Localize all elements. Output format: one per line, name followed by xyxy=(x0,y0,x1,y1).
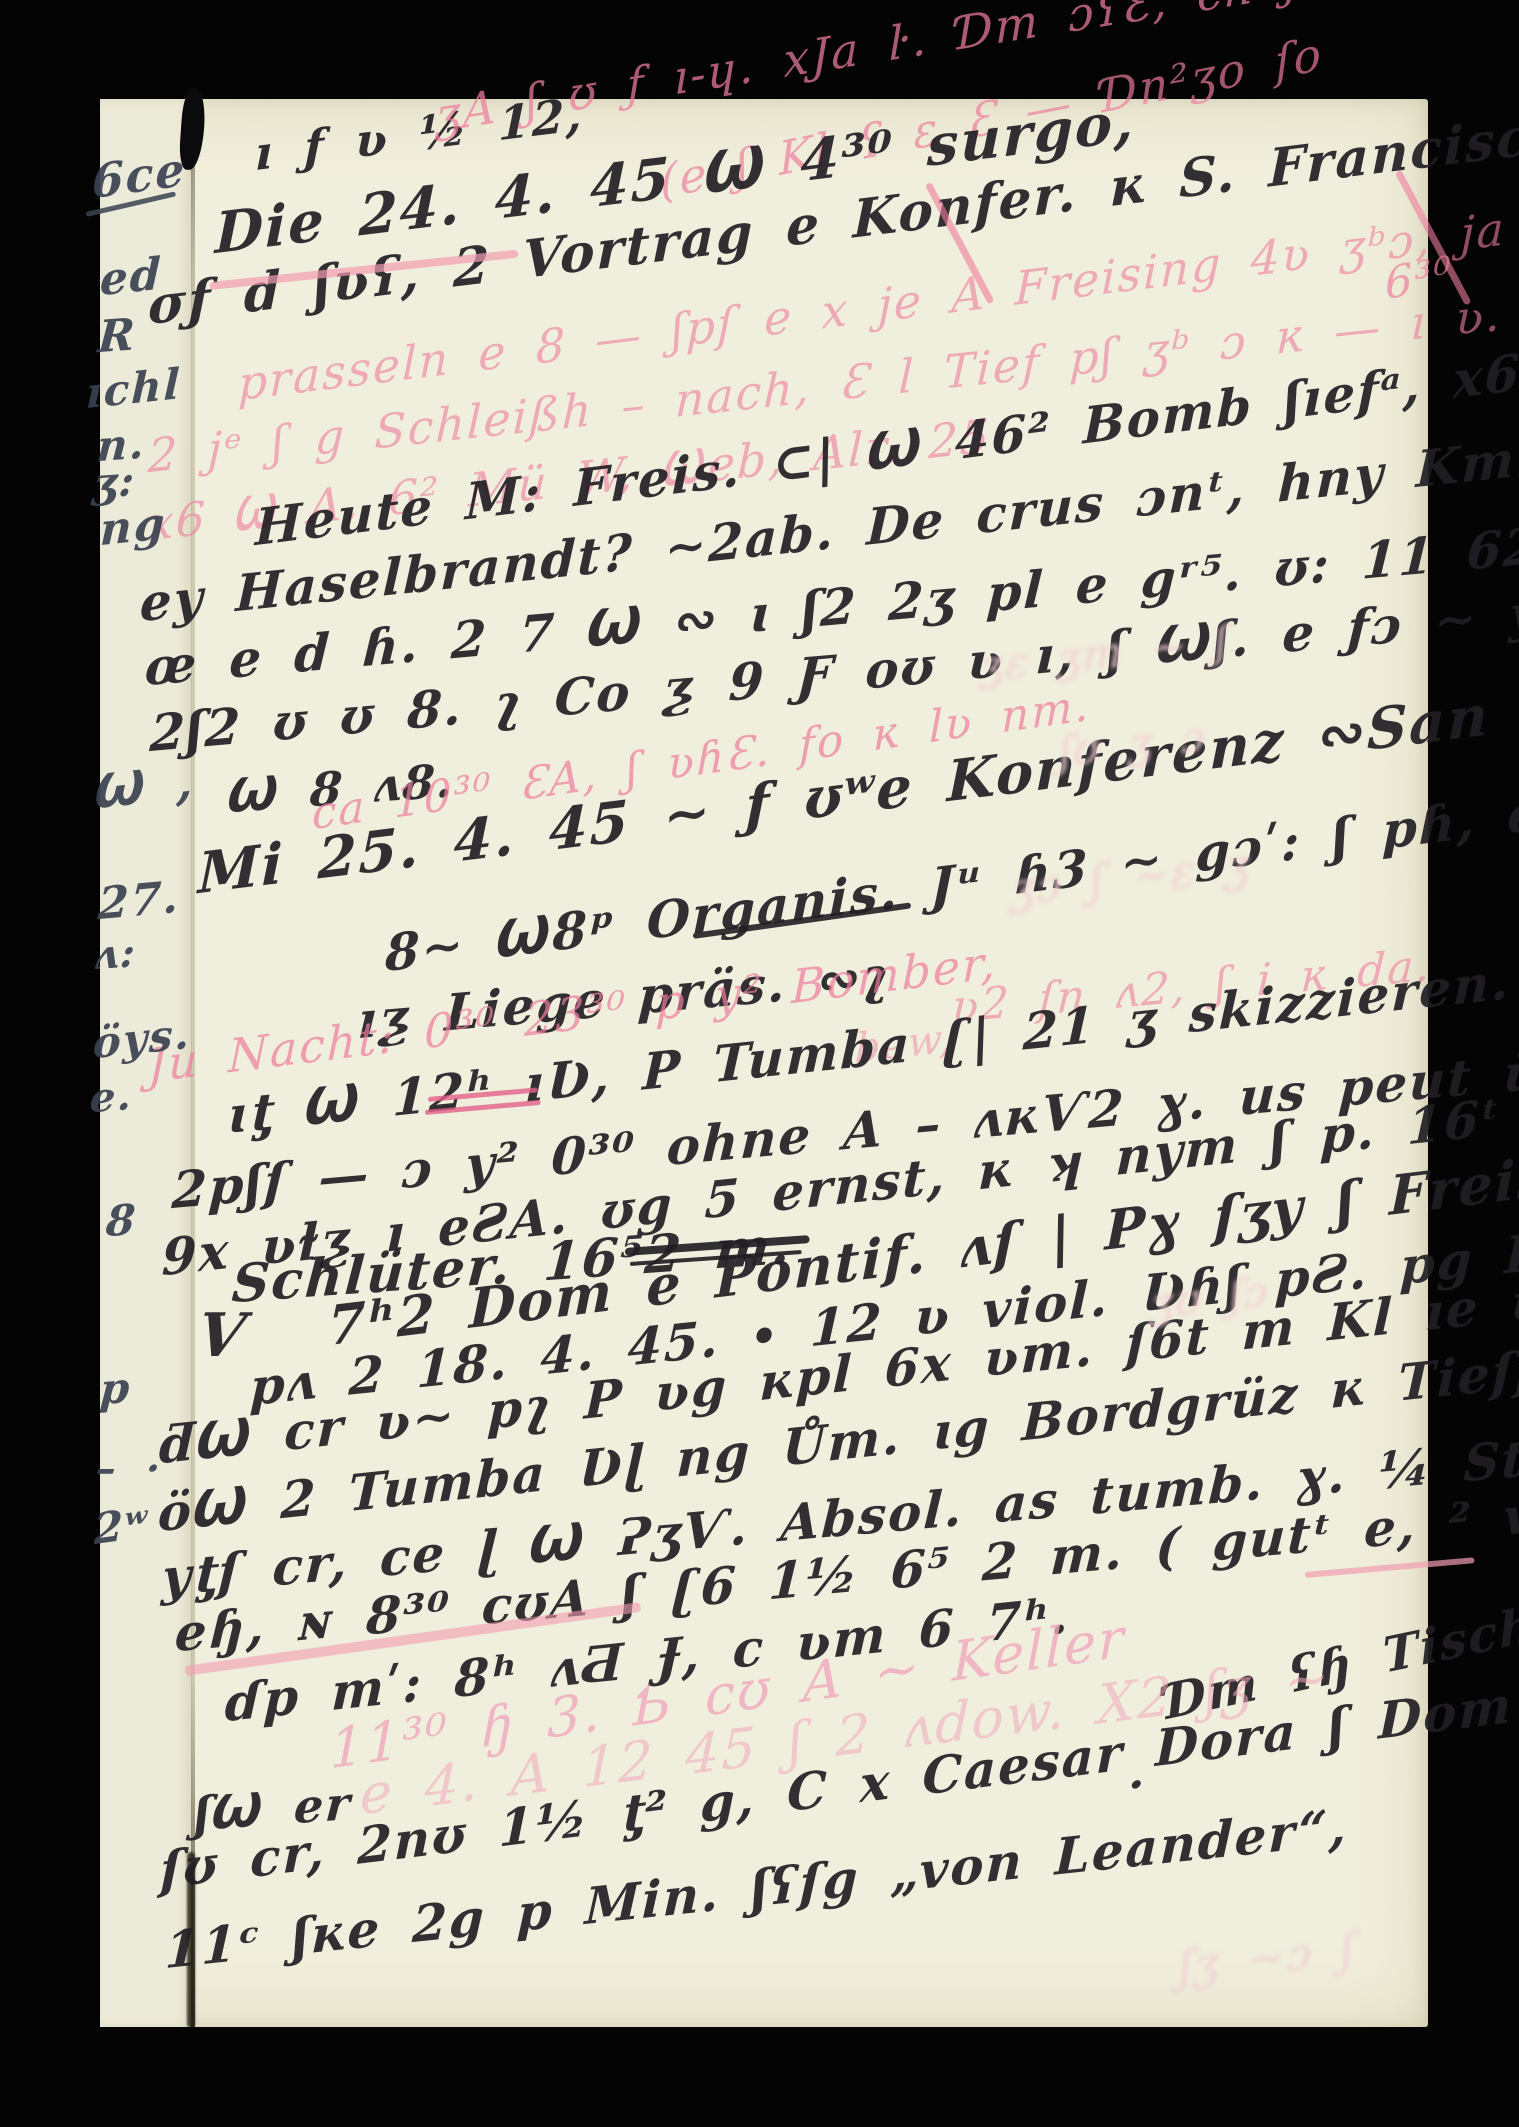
bleedthrough-text: ʃʒ ∼ɔ ʃ xyxy=(1179,1926,1356,1991)
margin-fragment: p xyxy=(98,1366,132,1413)
margin-fragment: ed xyxy=(99,251,163,304)
handwriting-layer: ı ƒ ʋ ½ 12,ʒA ʃ ʊ ƒ ı-ɥ. xJa ŀ. Ɗm ɔʕƐ, … xyxy=(0,0,1519,2127)
margin-fragment: ʌ: xyxy=(94,932,139,977)
margin-fragment: ıchl xyxy=(85,362,182,417)
margin-fragment: 2ʷ xyxy=(94,1500,149,1552)
margin-fragment: R xyxy=(96,312,138,361)
margin-fragment: Ѡ , xyxy=(94,757,195,816)
margin-fragment: e. xyxy=(89,1075,135,1120)
margin-fragment: 6ce xyxy=(92,144,186,206)
margin-fragment: ng xyxy=(99,501,167,555)
margin-fragment: – · xyxy=(93,1448,165,1490)
handwriting-line: V xyxy=(194,1305,251,1368)
margin-fragment: 8 xyxy=(104,1198,138,1245)
margin-fragment: 27. xyxy=(97,875,182,929)
scan-background: ı ƒ ʋ ½ 12,ʒA ʃ ʊ ƒ ı-ɥ. xJa ŀ. Ɗm ɔʕƐ, … xyxy=(0,0,1519,2127)
margin-fragment: ʒ: xyxy=(91,459,137,506)
margin-fragment: öys. xyxy=(92,1011,192,1066)
